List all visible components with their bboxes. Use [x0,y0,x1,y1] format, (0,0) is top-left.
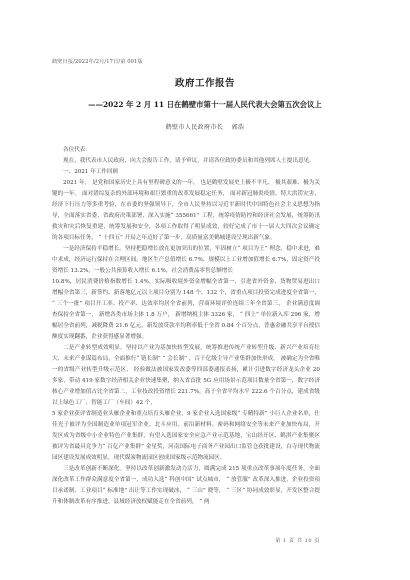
greeting: 各位代表： [52,145,320,156]
paragraph: 三是改革创新不断深化。坚持以改革创新激发动力活力，圆满完成 215 项重点改革事… [52,464,320,508]
report-body: 各位代表： 现在，我代表市人民政府，向大会报告工作，请予审议，并请各位政协委员和… [52,145,320,508]
paragraph-intro: 现在，我代表市人民政府，向大会报告工作，请予审议，并请各位政协委员和其他列席人士… [52,156,320,167]
page-number: 第 1 页 共 10 页 [275,537,320,544]
document-page: 鹤壁日报/2022年/2月/17日/第 001版 政府工作报告 ——2022 年… [0,0,410,580]
author-line: 鹤壁市人民政府市长 郭浩 [0,122,410,131]
paragraph: 2021 年， 是党和国家历史上具有里程碑意义的一年， 也是鹤壁发展史上极不平凡… [52,178,320,244]
paragraph: 二是产业转型成效明显。坚持以产业为基加快转型发展，统筹推进传统产业转型升级、新兴… [52,343,320,409]
document-title: 政府工作报告 [0,75,410,89]
document-subtitle: ——2022 年 2 月 11 日在鹤壁市第十一届人民代表大会第五次会议上 [0,99,410,110]
paragraph: 一是经济保持平稳增长。坚持把稳增长放在更加突出的位置，牢固树立“ 项目为王” 理… [52,244,320,277]
paragraph: 10.8%，居民消费价格指数增长 1.4%。实际吸收境外资金增幅全省第一，引进省… [52,277,320,343]
paragraph: 5 家企业获评省制造业头雁企业和重点培育头雁企业，9 家企业入选国家级“ 专精特… [52,409,320,464]
source-line: 鹤壁日报/2022年/2月/17日/第 001版 [52,58,143,65]
section-heading: 一、2021 年工作回顾 [52,167,320,178]
